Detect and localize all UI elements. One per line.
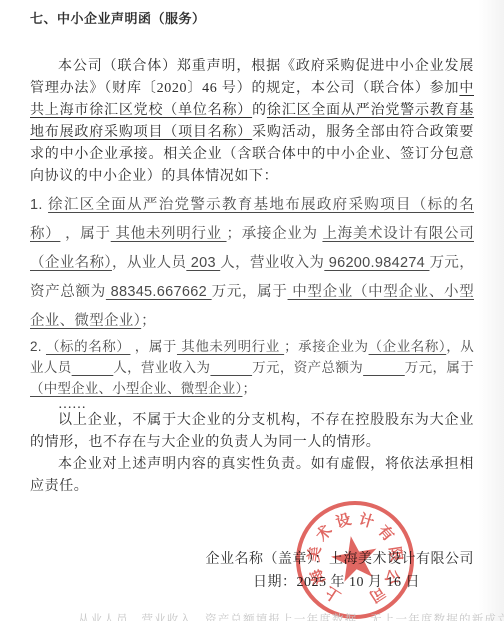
- seal-char: 海: [306, 567, 327, 588]
- seal-char: 有: [375, 521, 398, 544]
- company-seal: 上海美术设计有限公司: [296, 501, 414, 619]
- document-title: 七、中小企业声明函（服务）: [30, 10, 474, 28]
- seal-char: 美: [304, 545, 322, 563]
- declaration-document-page: 七、中小企业声明函（服务） 本公司（联合体）郑重声明，根据《政府采购促进中小企业…: [0, 0, 504, 621]
- seal-char: 限: [387, 545, 405, 563]
- intro-paragraph: 本公司（联合体）郑重声明，根据《政府采购促进中小企业发展管理办法》（财库〔202…: [30, 56, 474, 188]
- date-label: 日期：: [253, 575, 297, 590]
- enterprise-1-entry: 1. 徐汇区全面从严治党警示教育基地布展政府采购项目（标的名称） ，属于 其他未…: [30, 191, 474, 336]
- footnote-clipped: 从业人员、营业收入、资产总额填报上一年度数据，无上一年度数据的新成立企业可不填报…: [78, 611, 504, 621]
- responsibility-paragraph: 本企业对上述声明内容的真实性负责。如有虚假，将依法承担相应责任。: [30, 454, 474, 498]
- no-large-enterprise-paragraph: 以上企业，不属于大企业的分支机构，不存在控股股东为大企业的情形，也不存在与大企业…: [30, 410, 474, 454]
- ellipsis-line: ……: [30, 399, 474, 410]
- seal-char: 术: [312, 521, 335, 544]
- seal-char: 司: [367, 584, 389, 606]
- seal-char: 设: [333, 510, 353, 530]
- seal-circular-text: 上海美术设计有限公司: [300, 505, 410, 615]
- seal-char: 公: [383, 567, 404, 588]
- seal-char: 计: [357, 510, 377, 530]
- document-content: 七、中小企业声明函（服务） 本公司（联合体）郑重声明，根据《政府采购促进中小企业…: [0, 0, 504, 621]
- seal-char: 上: [321, 584, 343, 606]
- enterprise-2-entry: 2. （标的名称） ，属于 其他未列明行业 ；承接企业为（企业名称），从业人员 …: [30, 336, 474, 399]
